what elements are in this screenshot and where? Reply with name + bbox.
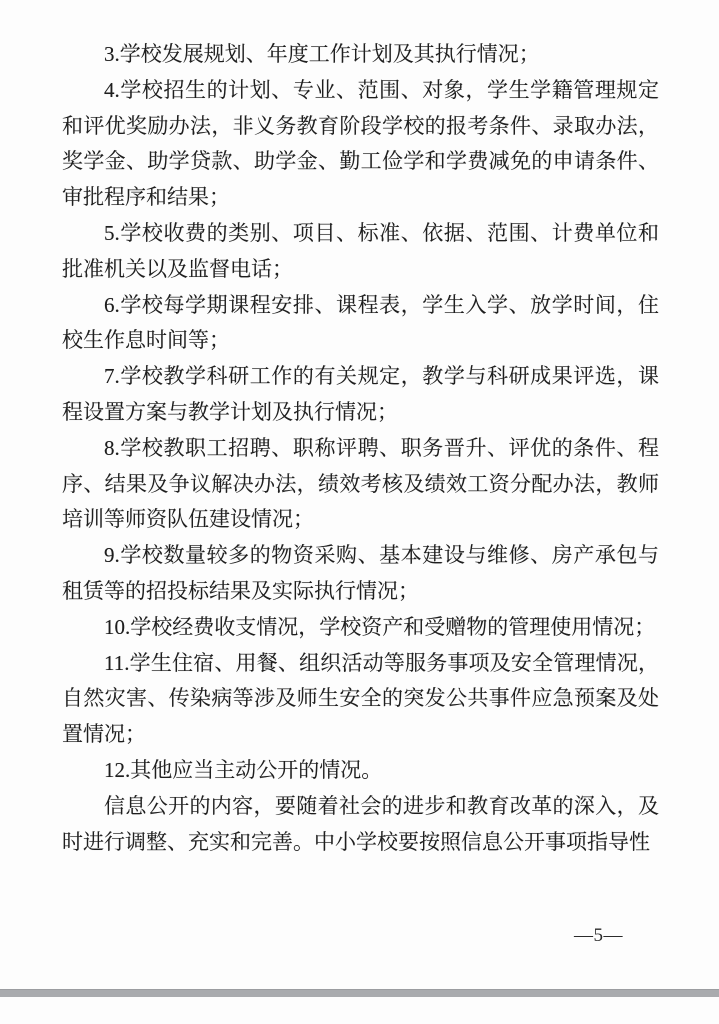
paragraph-item-12: 12.其他应当主动公开的情况。 — [62, 753, 659, 789]
scan-edge-bar — [0, 989, 719, 997]
paragraph-item-5: 5.学校收费的类别、项目、标准、依据、范围、计费单位和批准机关以及监督电话； — [62, 216, 659, 288]
paragraph-item-11: 11.学生住宿、用餐、组织活动等服务事项及安全管理情况，自然灾害、传染病等涉及师… — [62, 646, 659, 753]
paragraph-item-7: 7.学校教学科研工作的有关规定，教学与科研成果评选，课程设置方案与教学计划及执行… — [62, 359, 659, 431]
paragraph-item-6: 6.学校每学期课程安排、课程表，学生入学、放学时间，住校生作息时间等； — [62, 288, 659, 360]
paragraph-item-9: 9.学校数量较多的物资采购、基本建设与维修、房产承包与租赁等的招投标结果及实际执… — [62, 538, 659, 610]
paragraph-item-10: 10.学校经费收支情况，学校资产和受赠物的管理使用情况； — [62, 610, 659, 646]
paragraph-closing: 信息公开的内容，要随着社会的进步和教育改革的深入，及时进行调整、充实和完善。中小… — [62, 789, 659, 861]
document-body: 3.学校发展规划、年度工作计划及其执行情况； 4.学校招生的计划、专业、范围、对… — [62, 37, 659, 860]
paragraph-item-4: 4.学校招生的计划、专业、范围、对象，学生学籍管理规定和评优奖励办法，非义务教育… — [62, 73, 659, 216]
paragraph-item-8: 8.学校教职工招聘、职称评聘、职务晋升、评优的条件、程序、结果及争议解决办法，绩… — [62, 431, 659, 538]
document-page: 3.学校发展规划、年度工作计划及其执行情况； 4.学校招生的计划、专业、范围、对… — [0, 0, 719, 1024]
page-number: —5— — [574, 925, 623, 947]
paragraph-item-3: 3.学校发展规划、年度工作计划及其执行情况； — [62, 37, 659, 73]
